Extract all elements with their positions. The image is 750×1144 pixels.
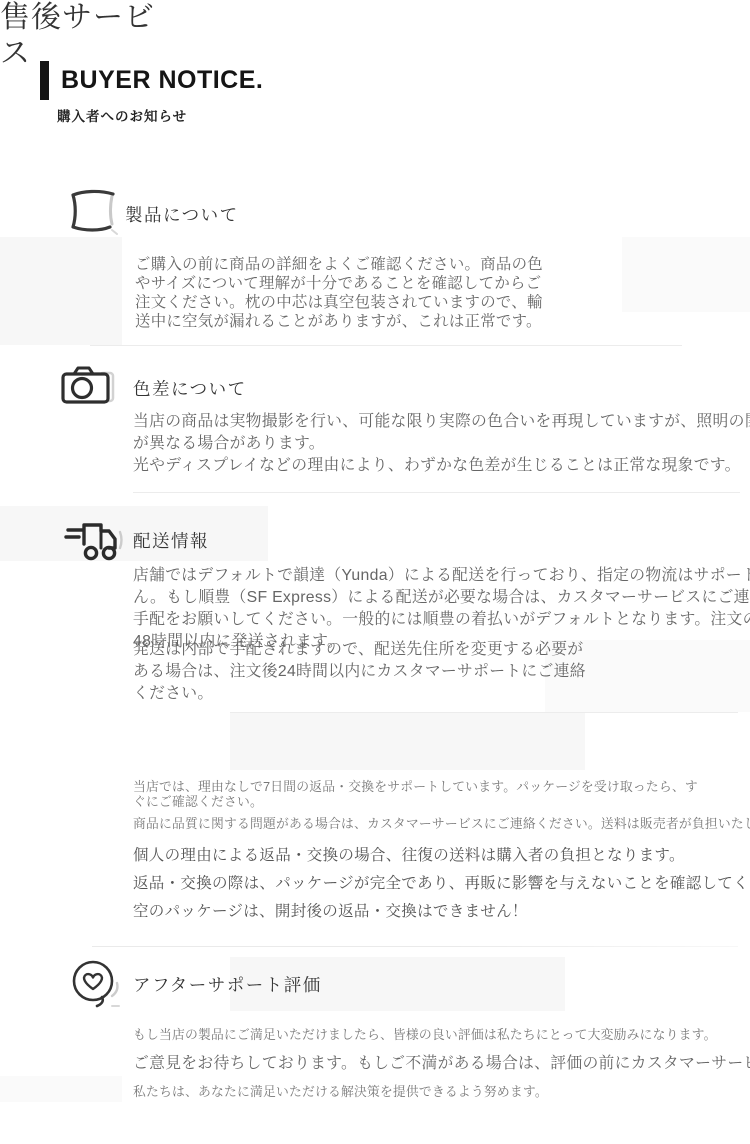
color-text-line: 光やディスプレイなどの理由により、わずかな色差が生じることは正常な現象です。 [133, 452, 741, 475]
page-subtitle: 購入者へのお知らせ [57, 105, 187, 125]
review-text-line: もし当店の製品にご満足いただけましたら、皆様の良い評価は私たちにとって大変励みに… [133, 1024, 717, 1043]
shipping-text-line: 手配をお願いしてください。一般的には順豊の着払いがデフォルトとなります。注文の [133, 606, 750, 629]
shipping-text-line: ん。もし順豊（SF Express）による配送が必要な場合は、カスタマーサービス… [133, 584, 750, 607]
aftersale-text-line: 空のパッケージは、開封後の返品・交換はできません！ [133, 899, 528, 921]
shipping-text-line: ある場合は、注文後24時間以内にカスタマーサポートにご連絡 [133, 658, 586, 681]
product-text-line: 送中に空気が漏れることがありますが、これは正常です。 [135, 309, 542, 331]
camera-icon [60, 364, 118, 408]
aftersale-text-line: 返品・交換の際は、パッケージが完全であり、再販に影響を与えないことを確認してく [133, 871, 749, 893]
aftersale-text-line: ぐにご確認ください。 [133, 791, 263, 810]
background-patch [0, 1076, 122, 1102]
section-heading-aftersale: 售後サービ ス [0, 0, 750, 72]
buyer-notice-page: BUYER NOTICE. 購入者へのお知らせ 製品について ご購入の前に商品の… [0, 0, 750, 1144]
page-title: BUYER NOTICE. [61, 66, 263, 95]
section-divider [92, 946, 738, 947]
truck-icon [64, 516, 126, 568]
section-divider [230, 712, 738, 713]
color-text-line: 当店の商品は実物撮影を行い、可能な限り実際の色合いを再現していますが、照明の関 [133, 408, 750, 431]
section-heading-product: 製品について [125, 202, 239, 227]
title-accent-bar [40, 61, 49, 100]
background-patch [230, 713, 585, 770]
color-text-line: が異なる場合があります。 [133, 430, 325, 453]
background-patch [622, 237, 750, 312]
section-heading-shipping: 配送情報 [133, 528, 209, 553]
shipping-text-line: 店舗ではデフォルトで韻達（Yunda）による配送を行っており、指定の物流はサポー… [133, 562, 750, 585]
background-patch [0, 237, 122, 345]
aftersale-heading-line: 售後サービ [0, 0, 750, 36]
shipping-text-line: 発送は内部で手配されますので、配送先住所を変更する必要が [133, 636, 583, 659]
section-divider [90, 345, 682, 346]
aftersale-text-line: 商品に品質に関する問題がある場合は、カスタマーサービスにご連絡ください。送料は販… [133, 813, 750, 832]
heart-chat-icon [68, 956, 128, 1010]
pillow-icon [66, 186, 120, 236]
review-text-line: 私たちは、あなたに満足いただける解決策を提供できるよう努めます。 [133, 1081, 548, 1100]
aftersale-text-line: 個人の理由による返品・交換の場合、往復の送料は購入者の負担となります。 [133, 843, 685, 865]
section-heading-color: 色差について [133, 376, 247, 401]
section-heading-review: アフターサポート評価 [133, 972, 322, 997]
shipping-text-line: ください。 [133, 680, 214, 703]
section-divider [133, 492, 740, 493]
review-text-line: ご意見をお待ちしております。もしご不満がある場合は、評価の前にカスタマーサービ [133, 1050, 750, 1073]
